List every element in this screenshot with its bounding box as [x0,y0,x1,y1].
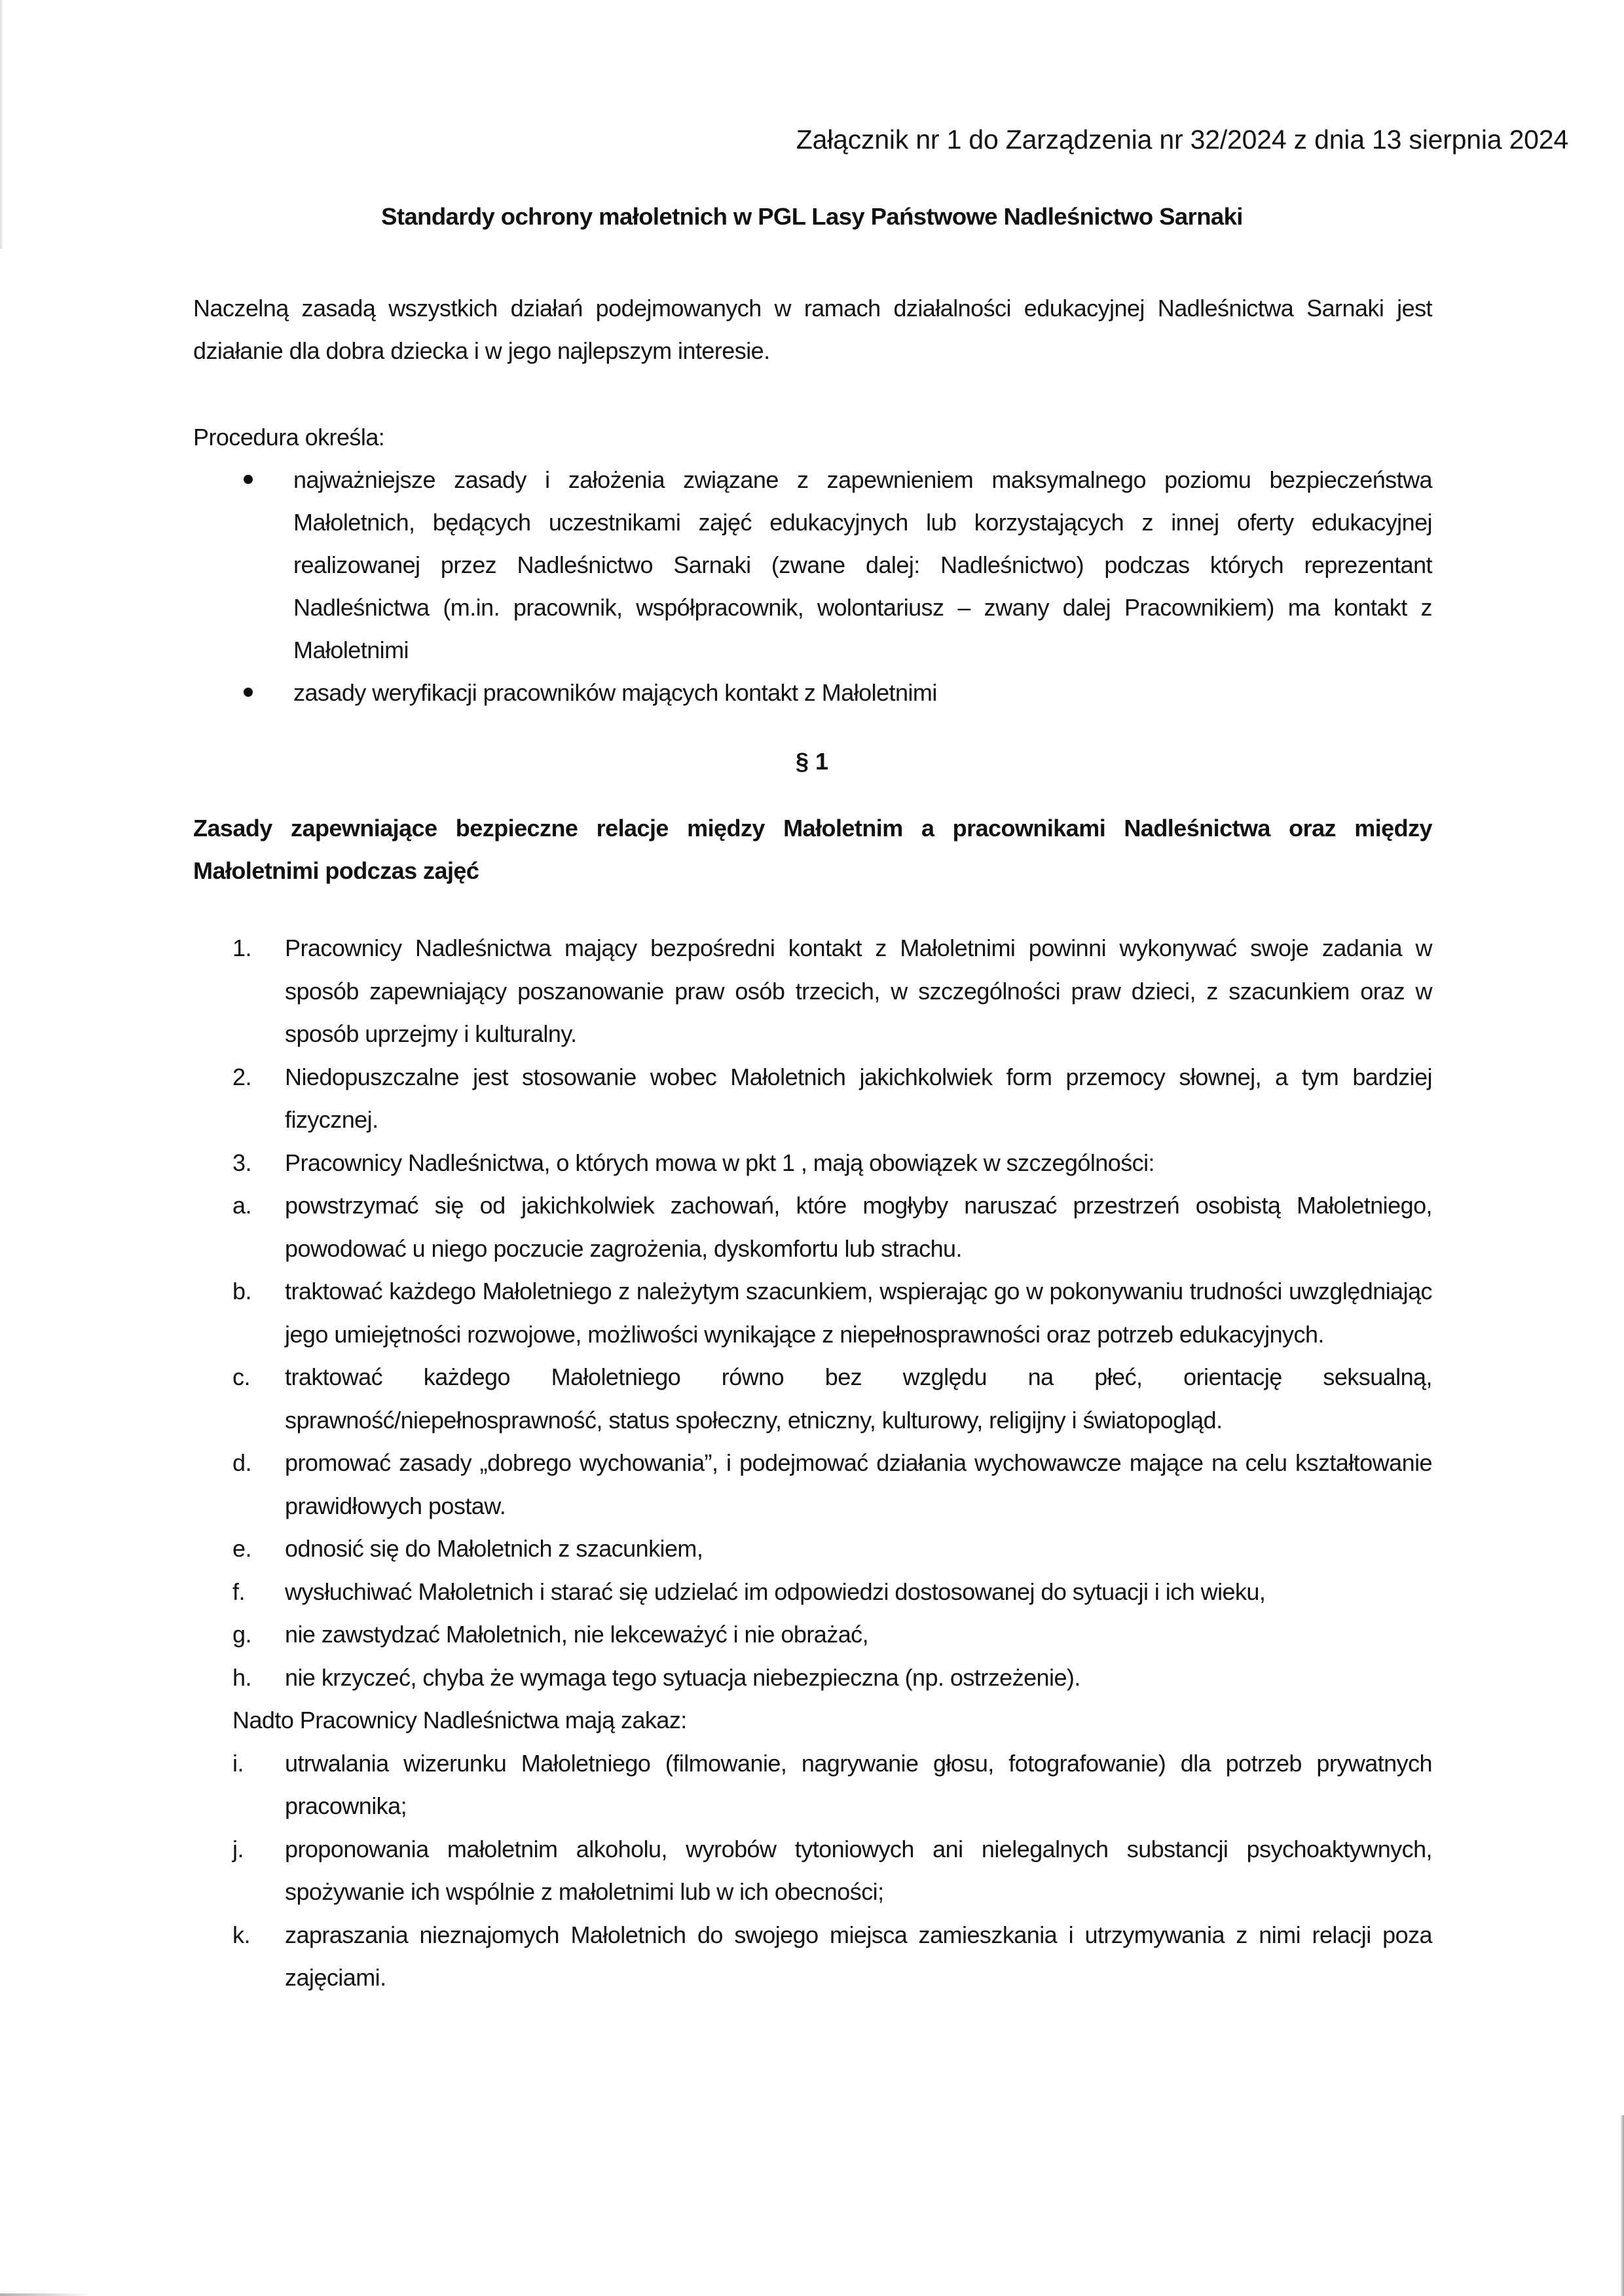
rule-marker: c. [232,1356,250,1399]
section-heading: Zasady zapewniające bezpieczne relacje m… [193,807,1432,892]
prohibition-item: j. proponowania małoletnim alkoholu, wyr… [193,1828,1432,1914]
rule-text: promować zasady „dobrego wychowania”, i … [285,1449,1432,1519]
rule-text: nie zawstydzać Małoletnich, nie lekceważ… [285,1621,868,1648]
rule-item: b. traktować każdego Małoletniego z nale… [193,1270,1432,1356]
rule-marker: 1. [232,927,251,970]
rule-marker: f. [232,1570,245,1614]
rule-text: Pracownicy Nadleśnictwa mający bezpośred… [285,935,1432,1047]
procedure-bullet-text: najważniejsze zasady i założenia związan… [293,466,1432,663]
procedure-bullet-item: najważniejsze zasady i założenia związan… [193,458,1432,671]
rule-text: traktować każdego Małoletniego z należyt… [285,1278,1432,1348]
rule-item: c. traktować każdego Małoletniego równo … [193,1356,1432,1441]
annex-header: Załącznik nr 1 do Zarządzenia nr 32/2024… [796,124,1568,155]
section-mark: § 1 [0,748,1624,775]
procedure-bullet-list: najważniejsze zasady i założenia związan… [193,458,1432,714]
rule-marker: g. [232,1613,251,1656]
prohibition-marker: i. [232,1742,244,1785]
prohibition-item: k. zapraszania nieznajomych Małoletnich … [193,1914,1432,1999]
rule-item: 2. Niedopuszczalne jest stosowanie wobec… [193,1056,1432,1141]
prohibition-item: i. utrwalania wizerunku Małoletniego (fi… [193,1742,1432,1828]
rule-text: nie krzyczeć, chyba że wymaga tego sytua… [285,1664,1080,1691]
prohibition-text: proponowania małoletnim alkoholu, wyrobó… [285,1836,1432,1906]
rule-marker: a. [232,1184,251,1227]
procedure-bullet-text: zasady weryfikacji pracowników mających … [293,679,937,706]
rule-item: h. nie krzyczeć, chyba że wymaga tego sy… [193,1656,1432,1699]
rule-item: 1. Pracownicy Nadleśnictwa mający bezpoś… [193,927,1432,1056]
prohibition-marker: j. [232,1828,244,1871]
intro-paragraph: Naczelną zasadą wszystkich działań podej… [193,287,1432,372]
prohibition-text: zapraszania nieznajomych Małoletnich do … [285,1921,1432,1991]
rule-text: Pracownicy Nadleśnictwa, o których mowa … [285,1149,1154,1176]
rule-item: e. odnosić się do Małoletnich z szacunki… [193,1527,1432,1570]
prohibitions-intro: Nadto Pracownicy Nadleśnictwa mają zakaz… [193,1699,1432,1742]
rule-text: traktować każdego Małoletniego równo bez… [285,1363,1432,1434]
rules-list: 1. Pracownicy Nadleśnictwa mający bezpoś… [193,927,1432,1999]
page-title: Standardy ochrony małoletnich w PGL Lasy… [0,203,1624,231]
rule-text: powstrzymać się od jakichkolwiek zachowa… [285,1192,1432,1262]
rule-item: f. wysłuchiwać Małoletnich i starać się … [193,1570,1432,1614]
rule-marker: d. [232,1441,251,1485]
rule-text: odnosić się do Małoletnich z szacunkiem, [285,1535,703,1562]
rule-marker: e. [232,1527,251,1570]
procedure-label: Procedura określa: [193,416,1432,458]
rule-text: Niedopuszczalne jest stosowanie wobec Ma… [285,1064,1432,1134]
prohibition-text: utrwalania wizerunku Małoletniego (filmo… [285,1750,1432,1820]
rule-item: a. powstrzymać się od jakichkolwiek zach… [193,1184,1432,1270]
bullet-icon [244,688,253,697]
rule-marker: h. [232,1656,251,1699]
rule-item: g. nie zawstydzać Małoletnich, nie lekce… [193,1613,1432,1656]
rule-item: d. promować zasady „dobrego wychowania”,… [193,1441,1432,1527]
rule-marker: 3. [232,1141,251,1185]
rule-marker: b. [232,1270,251,1313]
scan-edge-right [1620,2115,1624,2296]
prohibitions-intro-text: Nadto Pracownicy Nadleśnictwa mają zakaz… [232,1707,687,1733]
rule-marker: 2. [232,1056,251,1099]
rule-text: wysłuchiwać Małoletnich i starać się udz… [285,1578,1265,1605]
scan-edge-bottom [0,2293,92,2296]
rule-item: 3. Pracownicy Nadleśnictwa, o których mo… [193,1141,1432,1185]
prohibition-marker: k. [232,1914,250,1957]
bullet-icon [244,475,253,484]
procedure-bullet-item: zasady weryfikacji pracowników mających … [193,671,1432,714]
